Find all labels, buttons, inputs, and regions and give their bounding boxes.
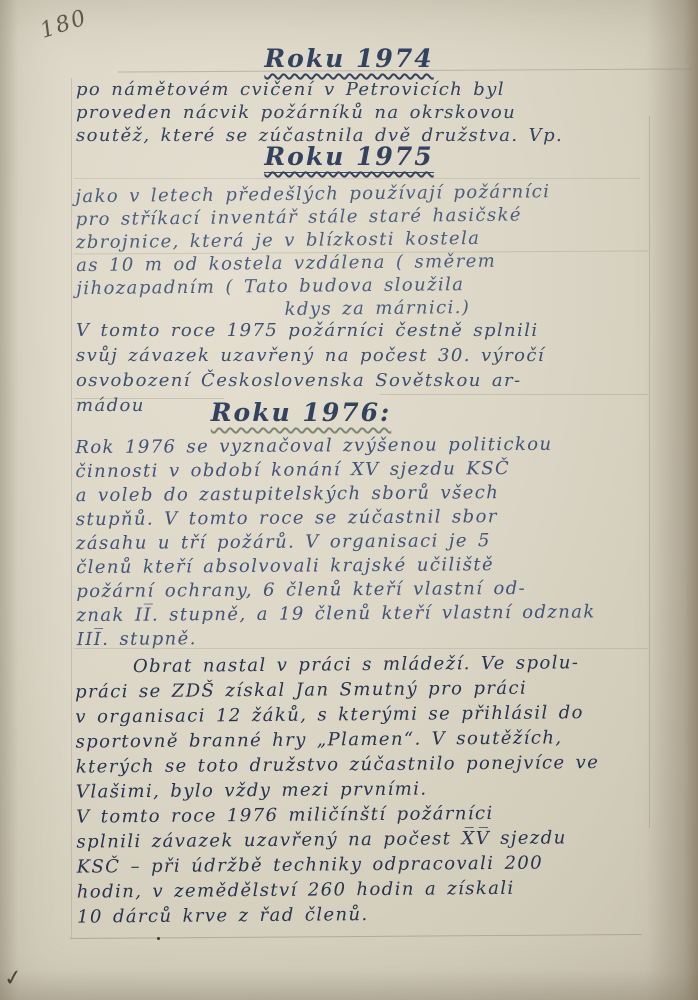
text-line: III̅. stupně. <box>77 624 677 652</box>
text-line: svůj závazek uzavřený na počest 30. výro… <box>76 343 676 368</box>
guide-line-left-margin <box>71 78 72 938</box>
text-line: kterých se toto družstvo zúčastnilo pone… <box>76 749 676 779</box>
text-line: proveden nácvik požárníků na okrskovou <box>76 101 676 124</box>
paragraph-1976-mladez: Obrat nastal v práci s mládeží. Ve spolu… <box>75 649 677 929</box>
ink-dot-artifact <box>157 937 160 940</box>
paragraph-1975-zbrojnice: jako v letech předešlých používají požár… <box>75 179 676 323</box>
check-mark: ✓ <box>2 965 24 992</box>
paragraph-1974: po námětovém cvičení v Petrovicích bylpr… <box>76 78 676 147</box>
heading-roku-1974: Roku 1974 <box>0 44 698 73</box>
text-line: 10 dárců krve z řad členů. <box>77 899 677 929</box>
paragraph-1976-politika: Rok 1976 se vyznačoval zvýšenou politick… <box>75 432 676 652</box>
heading-roku-1975: Roku 1975 <box>0 142 698 171</box>
heading-roku-1976: Roku 1976: <box>0 398 650 427</box>
text-line: osvobození Československa Sovětskou ar- <box>76 368 676 393</box>
text-line: po námětovém cvičení v Petrovicích byl <box>76 78 676 101</box>
guide-line-1975-top <box>74 178 640 179</box>
text-line: kdys za márnici.) <box>284 294 676 321</box>
text-line: znak II̅. stupně, a 19 členů kteří vlast… <box>76 600 676 628</box>
text-line: V tomto roce 1975 požárníci čestně splni… <box>76 318 676 343</box>
guide-line-bottom <box>70 934 642 939</box>
page-number: 180 <box>37 5 90 44</box>
chronicle-page: 180 Roku 1974 po námětovém cvičení v Pet… <box>0 0 698 1000</box>
